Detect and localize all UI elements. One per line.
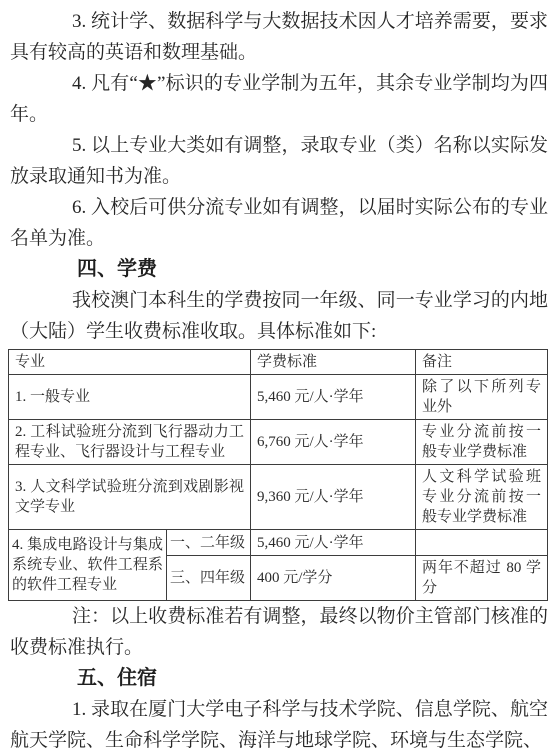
table-row-ic-software-grade12: 4. 集成电路设计与集成系统专业、软件工程系的软件工程专业 一、二年级 5,46… bbox=[9, 530, 548, 556]
grade-cell: 三、四年级 bbox=[167, 556, 251, 601]
remark-cell bbox=[416, 530, 548, 556]
housing-paragraph-1: 1. 录取在厦门大学电子科学与技术学院、信息学院、航空航天学院、生命科学学院、海… bbox=[10, 694, 548, 752]
table-row-general: 1. 一般专业 5,460 元/人·学年 除了以下所列专业外 bbox=[9, 375, 548, 420]
fee-cell: 400 元/学分 bbox=[251, 556, 416, 601]
paragraph-4: 4. 凡有“★”标识的专业学制为五年，其余专业学制均为四年。 bbox=[10, 68, 548, 130]
fee-cell: 5,460 元/人·学年 bbox=[251, 530, 416, 556]
fee-cell: 6,760 元/人·学年 bbox=[251, 420, 416, 465]
tuition-note: 注：以上收费标准若有调整，最终以物价主管部门核准的收费标准执行。 bbox=[10, 601, 548, 663]
major-cell: 2. 工科试验班分流到飞行器动力工程专业、飞行器设计与工程专业 bbox=[9, 420, 251, 465]
section-heading-tuition: 四、学费 bbox=[10, 254, 548, 285]
section-heading-housing: 五、住宿 bbox=[10, 663, 548, 694]
remark-cell: 专业分流前按一般专业学费标准 bbox=[416, 420, 548, 465]
paragraph-5: 5. 以上专业大类如有调整，录取专业（类）名称以实际发放录取通知书为准。 bbox=[10, 130, 548, 192]
paragraph-3: 3. 统计学、数据科学与大数据技术因人才培养需要，要求具有较高的英语和数理基础。 bbox=[10, 6, 548, 68]
remark-cell: 两年不超过 80 学分 bbox=[416, 556, 548, 601]
paragraph-6: 6. 入校后可供分流专业如有调整，以届时实际公布的专业名单为准。 bbox=[10, 192, 548, 254]
remark-cell: 人文科学试验班专业分流前按一般专业学费标准 bbox=[416, 465, 548, 530]
table-header-row: 专业 学费标准 备注 bbox=[9, 350, 548, 375]
col-header-remark: 备注 bbox=[416, 350, 548, 375]
table-row-engineering: 2. 工科试验班分流到飞行器动力工程专业、飞行器设计与工程专业 6,760 元/… bbox=[9, 420, 548, 465]
major-cell: 1. 一般专业 bbox=[9, 375, 251, 420]
table-row-humanities: 3. 人文科学试验班分流到戏剧影视文学专业 9,360 元/人·学年 人文科学试… bbox=[9, 465, 548, 530]
tuition-intro: 我校澳门本科生的学费按同一年级、同一专业学习的内地（大陆）学生收费标准收取。具体… bbox=[10, 285, 548, 347]
document-page: 3. 统计学、数据科学与大数据技术因人才培养需要，要求具有较高的英语和数理基础。… bbox=[0, 0, 558, 752]
fee-cell: 9,360 元/人·学年 bbox=[251, 465, 416, 530]
grade-cell: 一、二年级 bbox=[167, 530, 251, 556]
col-header-major: 专业 bbox=[9, 350, 251, 375]
fee-cell: 5,460 元/人·学年 bbox=[251, 375, 416, 420]
major-cell: 3. 人文科学试验班分流到戏剧影视文学专业 bbox=[9, 465, 251, 530]
remark-cell: 除了以下所列专业外 bbox=[416, 375, 548, 420]
major-cell: 4. 集成电路设计与集成系统专业、软件工程系的软件工程专业 bbox=[9, 530, 167, 601]
tuition-fee-table: 专业 学费标准 备注 1. 一般专业 5,460 元/人·学年 除了以下所列专业… bbox=[8, 349, 548, 601]
col-header-fee: 学费标准 bbox=[251, 350, 416, 375]
